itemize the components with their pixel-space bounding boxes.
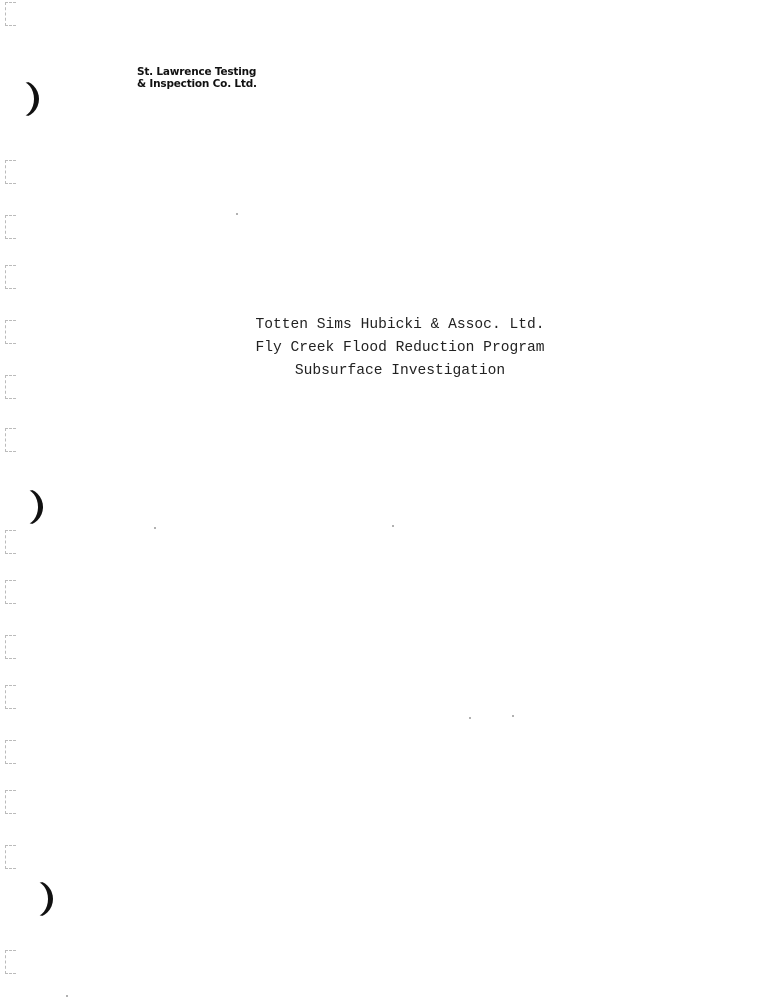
- scan-speck: [154, 527, 156, 529]
- binder-edge-mark: [5, 740, 16, 764]
- client-name: Totten Sims Hubicki & Assoc. Ltd.: [200, 314, 600, 337]
- report-title-block: Totten Sims Hubicki & Assoc. Ltd. Fly Cr…: [200, 314, 600, 383]
- scan-speck: [236, 213, 238, 215]
- binder-edge-mark: [5, 265, 16, 289]
- company-name-line-2: & Inspection Co. Ltd.: [137, 78, 257, 90]
- binder-edge-mark: [5, 215, 16, 239]
- binder-edge-mark: [5, 2, 16, 26]
- scan-speck: [512, 715, 514, 717]
- company-letterhead: St. Lawrence Testing & Inspection Co. Lt…: [137, 66, 257, 90]
- binder-edge-mark: [5, 845, 16, 869]
- binder-edge-mark: [5, 160, 16, 184]
- punch-hole-top: [12, 80, 39, 118]
- document-page: St. Lawrence Testing & Inspection Co. Lt…: [0, 0, 775, 1000]
- project-name: Fly Creek Flood Reduction Program: [200, 337, 600, 360]
- company-name-line-1: St. Lawrence Testing: [137, 66, 257, 78]
- scan-speck: [469, 717, 471, 719]
- binder-edge-mark: [5, 790, 16, 814]
- punch-hole-bottom: [26, 880, 53, 918]
- binder-edge-mark: [5, 320, 16, 344]
- binder-edge-mark: [5, 530, 16, 554]
- scan-speck: [66, 995, 68, 997]
- binder-edge-mark: [5, 428, 16, 452]
- report-subject: Subsurface Investigation: [200, 360, 600, 383]
- punch-hole-middle: [16, 488, 43, 526]
- binder-edge-mark: [5, 580, 16, 604]
- binder-edge-mark: [5, 375, 16, 399]
- scan-speck: [392, 525, 394, 527]
- binder-edge-mark: [5, 635, 16, 659]
- binder-edge-mark: [5, 685, 16, 709]
- binder-edge-mark: [5, 950, 16, 974]
